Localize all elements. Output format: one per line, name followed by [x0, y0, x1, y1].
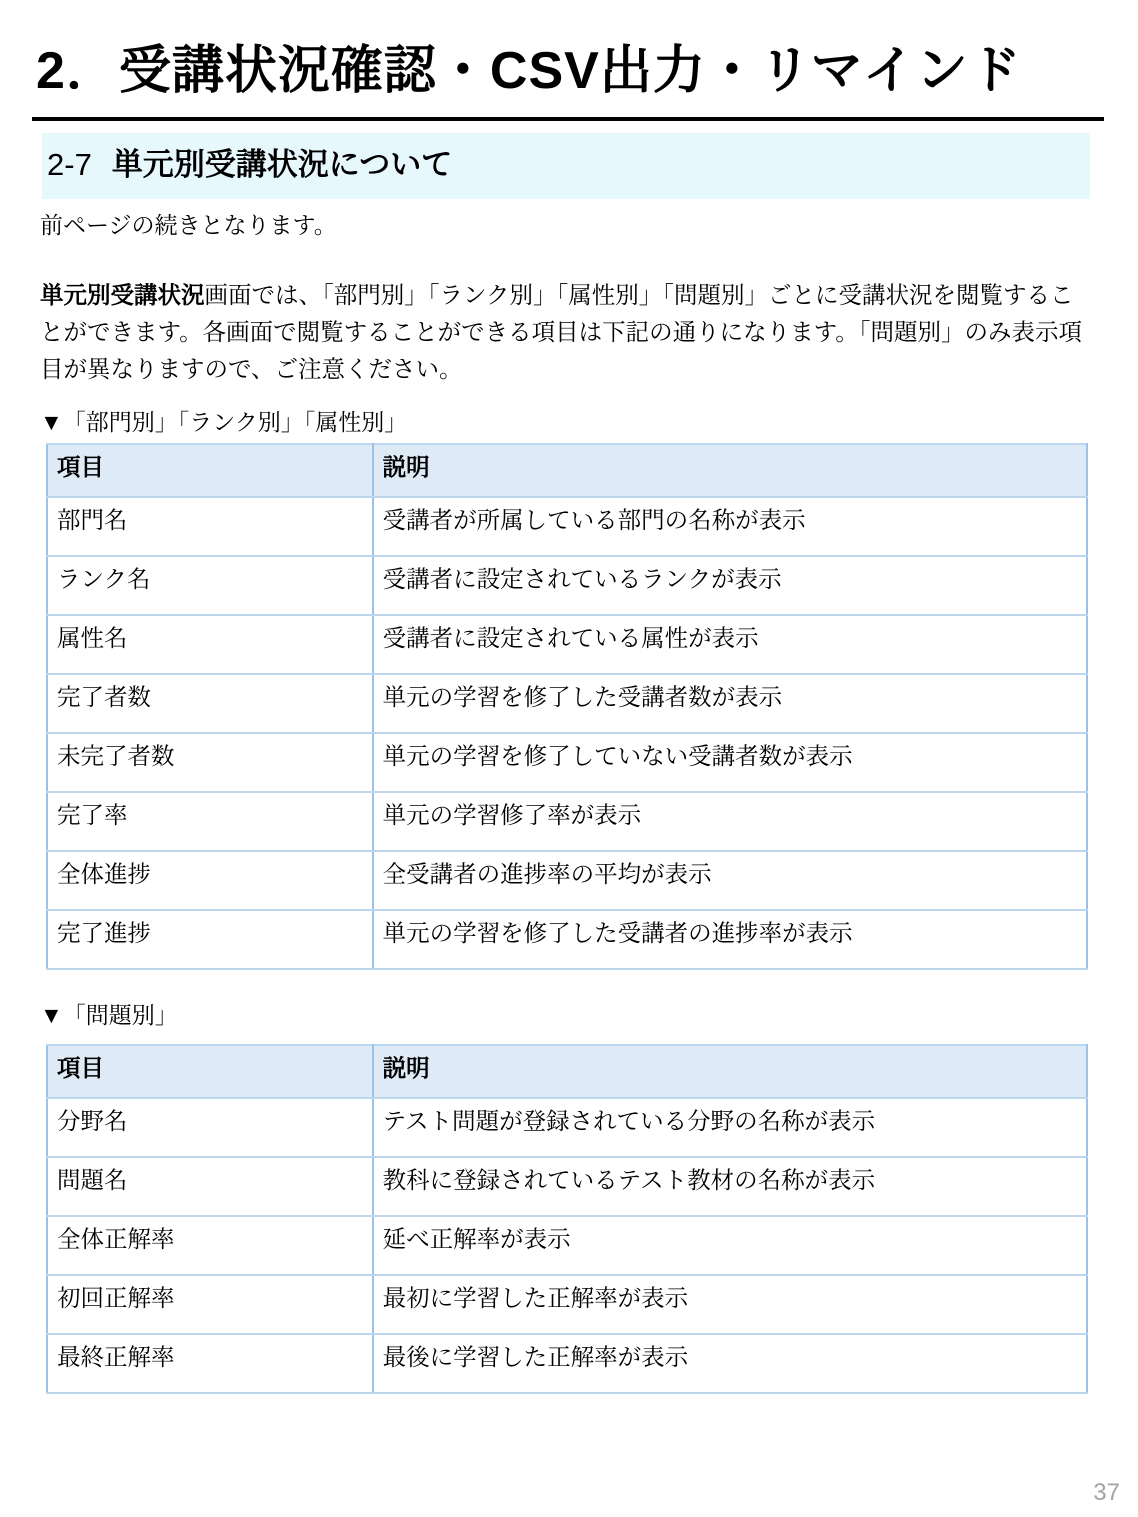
manual-page: 2．受講状況確認・CSV出力・リマインド 2-7単元別受講状況について 前ページ… — [0, 0, 1138, 1517]
column-header-description: 説明 — [373, 444, 1087, 497]
table-row: 最終正解率 最後に学習した正解率が表示 — [47, 1334, 1087, 1393]
item-cell: 属性名 — [47, 615, 373, 674]
item-cell: 全体進捗 — [47, 851, 373, 910]
description-cell: 最後に学習した正解率が表示 — [373, 1334, 1087, 1393]
table-row: 分野名 テスト問題が登録されている分野の名称が表示 — [47, 1098, 1087, 1157]
table-row: 全体正解率 延べ正解率が表示 — [47, 1216, 1087, 1275]
description-cell: 最初に学習した正解率が表示 — [373, 1275, 1087, 1334]
item-cell: 未完了者数 — [47, 733, 373, 792]
description-cell: 受講者が所属している部門の名称が表示 — [373, 497, 1087, 556]
description-cell: 延べ正解率が表示 — [373, 1216, 1087, 1275]
section-title: 単元別受講状況について — [112, 147, 452, 182]
category-table: 項目 説明 部門名 受講者が所属している部門の名称が表示 ランク名 受講者に設定… — [46, 443, 1088, 970]
description-cell: 教科に登録されているテスト教材の名称が表示 — [373, 1157, 1087, 1216]
table-row: ランク名 受講者に設定されているランクが表示 — [47, 556, 1087, 615]
description-cell: 全受講者の進捗率の平均が表示 — [373, 851, 1087, 910]
title-divider — [32, 117, 1104, 121]
description-cell: 単元の学習修了率が表示 — [373, 792, 1087, 851]
body-paragraph: 単元別受講状況画面では、「部門別」「ランク別」「属性別」「問題別」ごとに受講状況… — [40, 277, 1090, 388]
item-cell: ランク名 — [47, 556, 373, 615]
description-cell: テスト問題が登録されている分野の名称が表示 — [373, 1098, 1087, 1157]
description-cell: 受講者に設定されているランクが表示 — [373, 556, 1087, 615]
page-content: 2．受講状況確認・CSV出力・リマインド 2-7単元別受講状況について 前ページ… — [0, 0, 1138, 1394]
page-title: 2．受講状況確認・CSV出力・リマインド — [36, 42, 1100, 102]
question-table: 項目 説明 分野名 テスト問題が登録されている分野の名称が表示 問題名 教科に登… — [46, 1044, 1088, 1394]
table-row: 属性名 受講者に設定されている属性が表示 — [47, 615, 1087, 674]
paragraph-bold-term: 単元別受講状況 — [40, 282, 205, 308]
table-row: 完了率 単元の学習修了率が表示 — [47, 792, 1087, 851]
section-header: 2-7単元別受講状況について — [42, 133, 1090, 199]
item-cell: 完了進捗 — [47, 910, 373, 969]
description-cell: 単元の学習を修了した受講者数が表示 — [373, 674, 1087, 733]
column-header-item: 項目 — [47, 444, 373, 497]
table-row: 未完了者数 単元の学習を修了していない受講者数が表示 — [47, 733, 1087, 792]
item-cell: 分野名 — [47, 1098, 373, 1157]
table-row: 完了者数 単元の学習を修了した受講者数が表示 — [47, 674, 1087, 733]
intro-text: 前ページの続きとなります。 — [40, 207, 1100, 240]
description-cell: 受講者に設定されている属性が表示 — [373, 615, 1087, 674]
page-number: 37 — [1093, 1479, 1120, 1507]
item-cell: 完了者数 — [47, 674, 373, 733]
item-cell: 部門名 — [47, 497, 373, 556]
item-cell: 初回正解率 — [47, 1275, 373, 1334]
description-cell: 単元の学習を修了した受講者の進捗率が表示 — [373, 910, 1087, 969]
section-number: 2-7 — [47, 147, 92, 182]
description-cell: 単元の学習を修了していない受講者数が表示 — [373, 733, 1087, 792]
column-header-item: 項目 — [47, 1045, 373, 1098]
table-row: 部門名 受講者が所属している部門の名称が表示 — [47, 497, 1087, 556]
table-row: 初回正解率 最初に学習した正解率が表示 — [47, 1275, 1087, 1334]
table-header-row: 項目 説明 — [47, 1045, 1087, 1098]
table-row: 全体進捗 全受講者の進捗率の平均が表示 — [47, 851, 1087, 910]
table-header-row: 項目 説明 — [47, 444, 1087, 497]
item-cell: 全体正解率 — [47, 1216, 373, 1275]
item-cell: 完了率 — [47, 792, 373, 851]
category-table-label: ▼「部門別」「ランク別」「属性別」 — [40, 404, 1100, 437]
table-row: 問題名 教科に登録されているテスト教材の名称が表示 — [47, 1157, 1087, 1216]
question-table-label: ▼「問題別」 — [40, 997, 1100, 1030]
item-cell: 最終正解率 — [47, 1334, 373, 1393]
item-cell: 問題名 — [47, 1157, 373, 1216]
table-row: 完了進捗 単元の学習を修了した受講者の進捗率が表示 — [47, 910, 1087, 969]
column-header-description: 説明 — [373, 1045, 1087, 1098]
